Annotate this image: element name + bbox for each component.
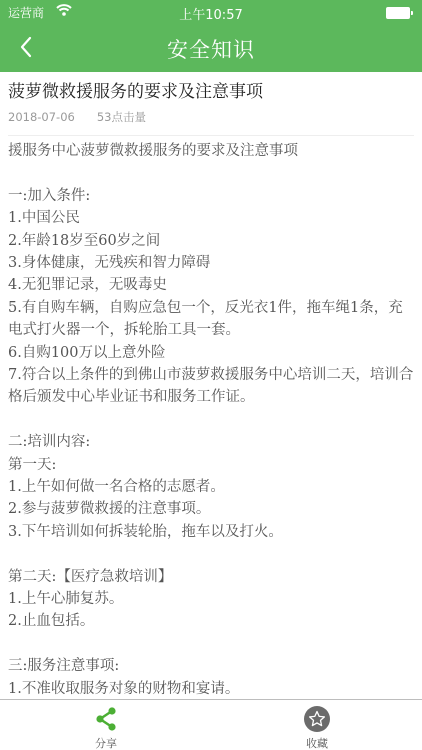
view-count: 53点击量 xyxy=(97,110,146,124)
article-paragraph: 三:服务注意事项: xyxy=(8,655,414,677)
article-paragraph: 1.不准收取服务对象的财物和宴请。 xyxy=(8,678,414,700)
article-paragraph: 2.止血包括。 xyxy=(8,610,414,632)
status-bar: 运营商 上午10:57 xyxy=(0,0,422,24)
paragraph-gap xyxy=(8,543,414,565)
paragraph-gap xyxy=(8,162,414,184)
article-paragraph: 二:培训内容: xyxy=(8,431,414,453)
favorite-label: 收藏 xyxy=(257,735,377,750)
share-button[interactable]: 分享 xyxy=(46,700,166,750)
paragraph-gap xyxy=(8,633,414,655)
article-paragraph: 7.符合以上条件的到佛山市菠萝救援服务中心培训二天，培训合格后颁发中心毕业证书和… xyxy=(8,364,414,409)
star-icon xyxy=(304,706,330,732)
article-paragraph: 第二天:【医疗急救培训】 xyxy=(8,566,414,588)
article-content[interactable]: 菠萝微救援服务的要求及注意事项 2018-07-0653点击量 援服务中心菠萝微… xyxy=(0,72,422,700)
article-paragraph: 5.有自购车辆，自购应急包一个，反光衣1件，拖车绳1条，充电式打火器一个，拆轮胎… xyxy=(8,297,414,342)
article-paragraph: 第一天: xyxy=(8,454,414,476)
article-title: 菠萝微救援服务的要求及注意事项 xyxy=(8,80,414,104)
article-paragraph: 1.上午如何做一名合格的志愿者。 xyxy=(8,476,414,498)
article-paragraph: 1.上午心肺复苏。 xyxy=(8,588,414,610)
article-paragraph: 3.下午培训如何拆装轮胎，拖车以及打火。 xyxy=(8,521,414,543)
article-paragraph: 2.参与菠萝微救援的注意事项。 xyxy=(8,498,414,520)
article-meta: 2018-07-0653点击量 xyxy=(8,109,414,127)
article-body: 援服务中心菠萝微救援服务的要求及注意事项一:加入条件:1.中国公民2.年龄18岁… xyxy=(8,140,414,700)
nav-bar: 安全知识 xyxy=(0,24,422,72)
article-paragraph: 2.年龄18岁至60岁之间 xyxy=(8,230,414,252)
article-paragraph: 1.中国公民 xyxy=(8,207,414,229)
article-paragraph: 6.自购100万以上意外险 xyxy=(8,342,414,364)
share-label: 分享 xyxy=(46,735,166,750)
battery-icon xyxy=(386,7,410,19)
page-title: 安全知识 xyxy=(0,34,422,64)
article-paragraph: 援服务中心菠萝微救援服务的要求及注意事项 xyxy=(8,140,414,162)
app-header: 运营商 上午10:57 安全知识 xyxy=(0,0,422,72)
article-paragraph: 3.身体健康，无残疾和智力障碍 xyxy=(8,252,414,274)
paragraph-gap xyxy=(8,409,414,431)
article-date: 2018-07-06 xyxy=(8,110,75,124)
article-paragraph: 一:加入条件: xyxy=(8,185,414,207)
share-icon xyxy=(93,706,119,732)
divider xyxy=(8,135,414,136)
bottom-toolbar: 分享 收藏 xyxy=(0,699,422,750)
article-paragraph: 4.无犯罪记录，无吸毒史 xyxy=(8,274,414,296)
favorite-button[interactable]: 收藏 xyxy=(257,700,377,750)
clock: 上午10:57 xyxy=(0,4,422,23)
